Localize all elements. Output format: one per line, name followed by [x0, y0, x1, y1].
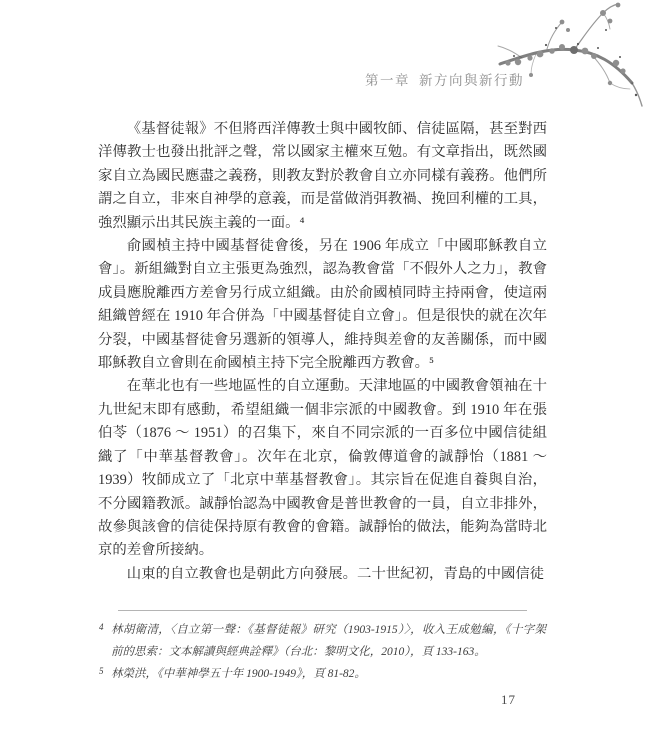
footnotes: 4 林胡衛清，〈自立第一聲：《基督徒報》研究（1903-1915）〉，收入王成勉…	[99, 620, 546, 687]
chapter-label: 第一章	[365, 73, 410, 88]
plum-blossom-icon	[490, 0, 650, 112]
footnote-4-text: 林胡衛清，〈自立第一聲：《基督徒報》研究（1903-1915）〉，收入王成勉編，…	[111, 624, 546, 658]
paragraph-1: 《基督徒報》不但將西洋傳教士與中國牧師、信徒區隔，甚至對西洋傳教士也發出批評之聲…	[98, 118, 547, 235]
footnote-5-marker: 5	[99, 661, 104, 683]
book-page: 第一章新方向與新行動 《基督徒報》不但將西洋傳教士與中國牧師、信徒區隔，甚至對西…	[0, 0, 650, 750]
footnote-divider	[118, 610, 527, 611]
chapter-heading: 第一章新方向與新行動	[365, 69, 524, 89]
body-text: 《基督徒報》不但將西洋傳教士與中國牧師、信徒區隔，甚至對西洋傳教士也發出批評之聲…	[98, 118, 547, 586]
paragraph-4: 山東的自立教會也是朝此方向發展。二十世紀初，青島的中國信徒	[98, 563, 547, 586]
paragraph-3: 在華北也有一些地區性的自立運動。天津地區的中國教會領袖在十九世紀末即有感動，希望…	[98, 375, 547, 562]
page-number: 17	[501, 692, 516, 708]
footnote-4-marker: 4	[99, 617, 104, 639]
footnote-5-text: 林榮洪，《中華神學五十年 1900-1949》，頁 81-82。	[111, 668, 366, 680]
footnote-5: 5 林榮洪，《中華神學五十年 1900-1949》，頁 81-82。	[99, 664, 546, 686]
footnote-4: 4 林胡衛清，〈自立第一聲：《基督徒報》研究（1903-1915）〉，收入王成勉…	[99, 620, 546, 663]
chapter-title: 新方向與新行動	[419, 73, 524, 88]
paragraph-2: 俞國楨主持中國基督徒會後，另在 1906 年成立「中國耶穌教自立會」。新組織對自…	[98, 235, 547, 375]
